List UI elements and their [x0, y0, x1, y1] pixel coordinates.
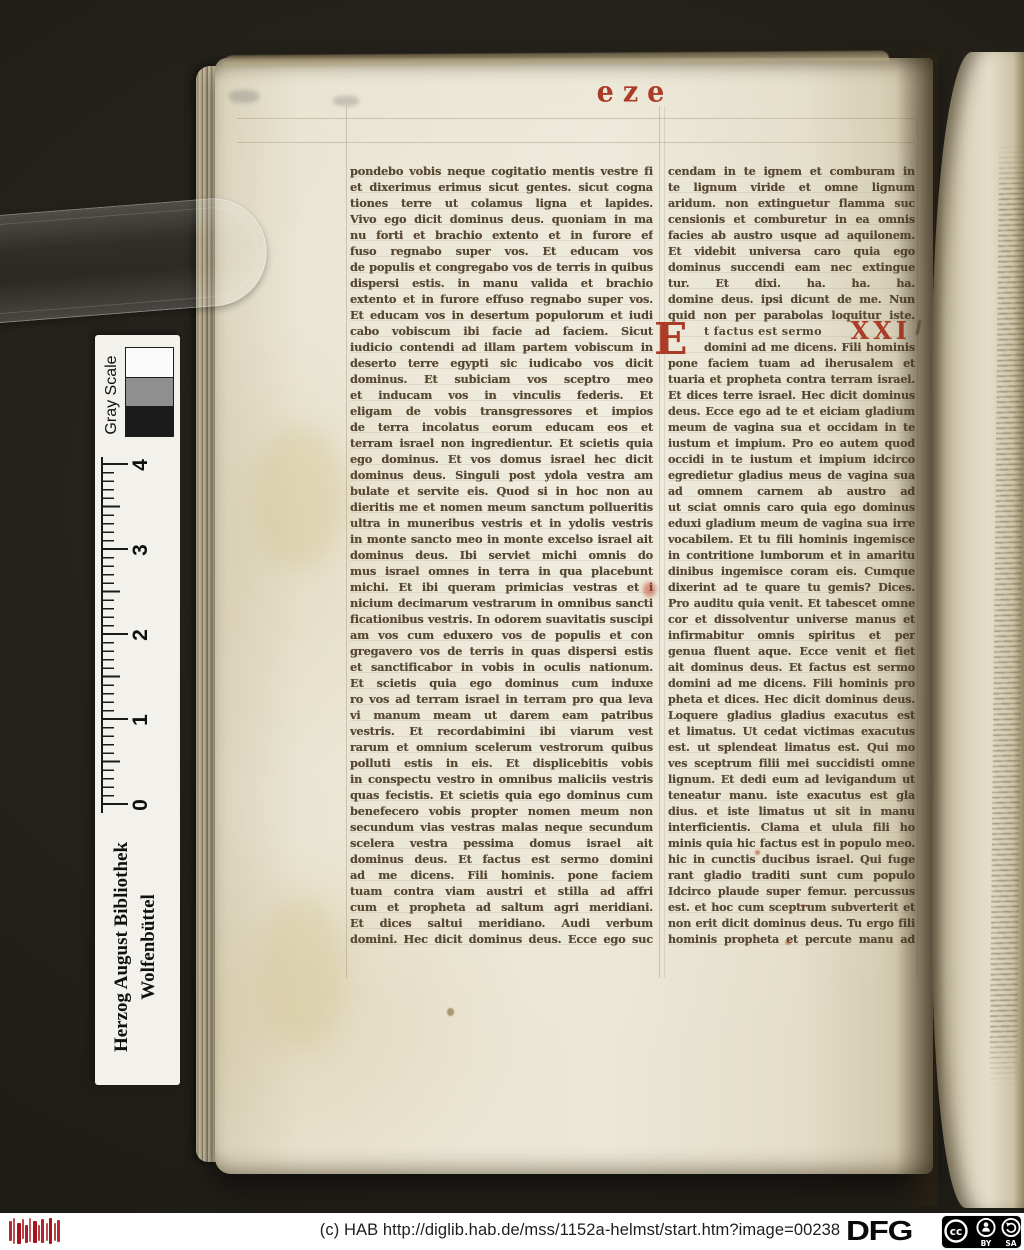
manuscript-line: eduxi gladium meum de vagina sua irre — [668, 515, 915, 531]
manuscript-line: dominus deus. Singuli post ydola vestra … — [350, 467, 653, 483]
manuscript-line: de terra incolatus eorum educam eos et — [350, 419, 653, 435]
manuscript-line: vestris. Et recordabimini ibi viarum ves… — [350, 723, 653, 739]
text-column-right: cendam in te ignem et comburam inte lign… — [668, 163, 915, 947]
svg-text:BY: BY — [981, 1239, 992, 1248]
ink-spot — [801, 904, 805, 908]
manuscript-line: et inducam vos in vinculis federis. Et — [350, 387, 653, 403]
institution-label: Herzog August Bibliothek Wolfenbüttel — [108, 819, 162, 1075]
right-column-upper: cendam in te ignem et comburam inte lign… — [668, 163, 915, 323]
manuscript-line: fuso regnabo super vos. Et educam vos — [350, 243, 653, 259]
gray-patch-black — [126, 407, 173, 436]
manuscript-line: facies ab austro usque ad aquilonem. — [668, 227, 915, 243]
manuscript-line: secundum vias vestras malas neque secund… — [350, 819, 653, 835]
manuscript-line: Idcirco plaude super femur. percussus — [668, 883, 915, 899]
running-title: eze — [575, 77, 695, 109]
manuscript-line: ad omnem carnem ab austro ad aquilonem — [668, 483, 915, 499]
manuscript-line: iustum et impium. Pro eo autem quod — [668, 435, 915, 451]
manuscript-line: Et scietis quia ego dominus cum induxe — [350, 675, 653, 691]
manuscript-line: quas fecistis. Et scietis quia ego domin… — [350, 787, 653, 803]
manuscript-line: domine deus. ipsi dicunt de me. Nun — [668, 291, 915, 307]
ruler-number: 0 — [129, 797, 153, 813]
manuscript-line: ro vos ad terram israel in terram pro qu… — [350, 691, 653, 707]
manuscript-line: ego dominus. Et vos domus israel hec dic… — [350, 451, 653, 467]
manuscript-line: et dixerimus erimus sicut gentes. sicut … — [350, 179, 653, 195]
manuscript-line: michi. Et ibi queram primicias vestras e… — [350, 579, 653, 595]
manuscript-line: tuam contra viam austri et stilla ad aff… — [350, 883, 653, 899]
manuscript-line: hominis propheta et percute manu ad manu… — [668, 931, 915, 947]
manuscript-line: vocabilem. Et tu fili hominis ingemisce — [668, 531, 915, 547]
manuscript-line: tuaria et propheta contra terram israel. — [668, 371, 915, 387]
ruling-line — [659, 106, 660, 978]
manuscript-line: cabo vobiscum ibi facie ad faciem. Sicut — [350, 323, 653, 339]
ruler-number: 1 — [129, 712, 153, 728]
manuscript-line: dispersi estis. in manu valida et brachi… — [350, 275, 653, 291]
manuscript-line: pondebo vobis neque cogitatio mentis ves… — [350, 163, 653, 179]
hab-logo-icon — [8, 1217, 62, 1246]
parchment-stain — [253, 426, 345, 568]
right-column-lower: pone faciem tuam ad iherusalem et stilla… — [668, 355, 915, 947]
manuscript-line: ficationibus vestris. In odorem suavitat… — [350, 611, 653, 627]
institution-line1: Herzog August Bibliothek — [108, 819, 135, 1075]
manuscript-line: meum de vagina sua et occidam in te — [668, 419, 915, 435]
manuscript-line: tur. Et dixi. ha. ha. ha. — [668, 275, 915, 291]
manuscript-line: ultra in muneribus vestris et in ydolis … — [350, 515, 653, 531]
manuscript-line: extento et in furore effuso regnabo supe… — [350, 291, 653, 307]
manuscript-line: cum et propheta ad saltum agri meridiani… — [350, 899, 653, 915]
color-scale-ruler: Herzog August Bibliothek Wolfenbüttel 0 … — [95, 335, 180, 1085]
manuscript-line: ait dominus deus. Et factus est sermo — [668, 659, 915, 675]
manuscript-line: Et dices terre israel. Hec dicit dominus — [668, 387, 915, 403]
manuscript-line: lignum. Et dedi eum ad levigandum ut — [668, 771, 915, 787]
manuscript-line: est. et hoc cum sceptrum subverterit et — [668, 899, 915, 915]
manuscript-line: eligam de vobis transgressores et impios — [350, 403, 653, 419]
ink-spot — [785, 940, 791, 945]
facing-page-text-bleed — [989, 140, 1024, 1088]
manuscript-line: in contritione lumborum et in amaritu — [668, 547, 915, 563]
ruler-number: 2 — [129, 627, 153, 643]
manuscript-line: genua fluent aque. Ecce venit et fiet — [668, 643, 915, 659]
manuscript-page: eze pondebo vobis neque cogitatio mentis… — [215, 58, 933, 1174]
manuscript-line: de populis et congregabo vos de terris i… — [350, 259, 653, 275]
dfg-logo: DFG — [846, 1214, 912, 1248]
manuscript-line: ut sciat omnis caro quia ego dominus — [668, 499, 915, 515]
parchment-stain — [447, 1008, 454, 1016]
manuscript-line: ad me dicens. Fili hominis. pone faciem — [350, 867, 653, 883]
chapter-heading-line: t factus est sermo XXI — [668, 323, 915, 339]
manuscript-line: dius. et iste limatus ut sit in manu — [668, 803, 915, 819]
manuscript-line: dominus. Et subiciam vos sceptro meo — [350, 371, 653, 387]
pencil-mark — [333, 96, 359, 106]
manuscript-line: et limatus. Ut cedat victimas exacutus — [668, 723, 915, 739]
ruling-line — [346, 106, 347, 978]
manuscript-line: cendam in te ignem et comburam in — [668, 163, 915, 179]
ruler-number: 4 — [129, 457, 153, 473]
manuscript-line: dinibus ingemisce coram eis. Cumque — [668, 563, 915, 579]
svg-text:cc: cc — [950, 1226, 962, 1238]
manuscript-line: dominus deus. Ibi serviet michi omnis do — [350, 547, 653, 563]
manuscript-line: mus israel omnes in terra in qua placebu… — [350, 563, 653, 579]
manuscript-line: rarum et omnium scelerum vestrorum quibu… — [350, 739, 653, 755]
manuscript-line: domini. Hec dicit dominus deus. Ecce ego… — [350, 931, 653, 947]
manuscript-line: in conspectu vestro in omnibus maliciis … — [350, 771, 653, 787]
manuscript-line: dieritis me et nomen meum sanctum pollue… — [350, 499, 653, 515]
manuscript-line: Pro auditu quia venit. Et tabescet omne — [668, 595, 915, 611]
manuscript-line: ves sceptrum filii mei succidisti omne — [668, 755, 915, 771]
manuscript-line: est. ut splendeat limatus est. Qui mo — [668, 739, 915, 755]
manuscript-line: domini ad me dicens. Fili hominis pro — [668, 675, 915, 691]
chapter-incipit: t factus est sermo — [704, 323, 822, 339]
manuscript-line: dixerint ad te quare tu gemis? Dices. — [668, 579, 915, 595]
manuscript-line: domini ad me dicens. Fili hominis — [668, 339, 915, 355]
chapter-opening: E t factus est sermo XXI domini ad me di… — [668, 323, 915, 355]
photo-stage: eze pondebo vobis neque cogitatio mentis… — [0, 0, 1024, 1250]
manuscript-line: infirmabitur omnis spiritus et per cunct… — [668, 627, 915, 643]
ruling-line — [664, 106, 665, 978]
manuscript-line: non erit dicit dominus deus. Tu ergo fil… — [668, 915, 915, 931]
manuscript-line: Vivo ego dicit dominus deus. quoniam in … — [350, 211, 653, 227]
manuscript-line: terram israel non ingredientur. Et sciet… — [350, 435, 653, 451]
manuscript-line: te lignum viride et omne lignum — [668, 179, 915, 195]
manuscript-line: am vos cum eduxero vos de populis et con — [350, 627, 653, 643]
manuscript-line: Et videbit universa caro quia ego — [668, 243, 915, 259]
page-top-edge — [223, 51, 889, 69]
gray-patch-white — [126, 348, 173, 377]
manuscript-line: minis quia hic factus est in populo meo. — [668, 835, 915, 851]
manuscript-line: gregavero vos de terris in quas dispersi… — [350, 643, 653, 659]
red-ink-showthrough — [643, 582, 656, 597]
ruler-number: 3 — [129, 542, 153, 558]
facing-page-edge — [932, 52, 1024, 1208]
gray-scale-label: Gray Scale — [103, 345, 121, 445]
manuscript-line: vi manum meam ut darem eam patribus — [350, 707, 653, 723]
ruling-line — [237, 142, 915, 143]
gray-scale-patches — [125, 347, 174, 437]
manuscript-line: hic in cunctis ducibus israel. Qui fuge — [668, 851, 915, 867]
manuscript-line: cor et dissolventur universe manus et — [668, 611, 915, 627]
gray-patch-mid — [126, 377, 173, 408]
manuscript-line: teneatur manu. iste exacutus est gla — [668, 787, 915, 803]
manuscript-line: Et educam vos in desertum populorum et i… — [350, 307, 653, 323]
ink-spot — [755, 850, 760, 855]
manuscript-line: occidi in te iustum et impium idcirco — [668, 451, 915, 467]
manuscript-line: deserto terre egypti sic iudicabo vos di… — [350, 355, 653, 371]
manuscript-line: scelera vestra pessima domus israel ait — [350, 835, 653, 851]
cc-license-badge: cc BY SA — [941, 1215, 1022, 1249]
credit-url: (c) HAB http://diglib.hab.de/mss/1152a-h… — [280, 1221, 880, 1240]
ruler-major-ticks — [101, 461, 128, 805]
manuscript-line: dominus deus. Et factus est sermo domini — [350, 851, 653, 867]
manuscript-line: pheta et dices. Hec dicit dominus deus. — [668, 691, 915, 707]
manuscript-line: polluti estis in eis. Et displicebitis v… — [350, 755, 653, 771]
manuscript-line: nicium decimarum vestrarum in omnibus sa… — [350, 595, 653, 611]
manuscript-line: aridum. non extinguetur flamma suc — [668, 195, 915, 211]
institution-line2: Wolfenbüttel — [135, 819, 162, 1075]
manuscript-line: et sanctificabor in vobis in oculis nati… — [350, 659, 653, 675]
manuscript-line: egredietur gladius meus de vagina sua — [668, 467, 915, 483]
text-column-left: pondebo vobis neque cogitatio mentis ves… — [350, 163, 653, 947]
ruling-line — [237, 118, 915, 119]
manuscript-line: censionis et comburetur in ea omnis — [668, 211, 915, 227]
manuscript-line: in monte sancto meo in monte excelso isr… — [350, 531, 653, 547]
manuscript-line: tiones terre ut colamus ligna et lapides… — [350, 195, 653, 211]
manuscript-line: deus. Ecce ego ad te et eiciam gladium — [668, 403, 915, 419]
manuscript-line: iudicio contendi ad illam partem vobiscu… — [350, 339, 653, 355]
manuscript-line: benefecero vobis propter nomen meum non — [350, 803, 653, 819]
parchment-stain — [261, 896, 345, 1048]
pencil-mark — [229, 90, 259, 103]
manuscript-line: bulate et servite eis. Quod si in hoc no… — [350, 483, 653, 499]
svg-text:SA: SA — [1005, 1239, 1016, 1248]
manuscript-line: rant gladio traditi sunt cum populo meo. — [668, 867, 915, 883]
manuscript-line: dominus succendi eam nec extingue — [668, 259, 915, 275]
manuscript-line: pone faciem tuam ad iherusalem et stilla… — [668, 355, 915, 371]
manuscript-line: Et dices saltui meridiano. Audi verbum — [350, 915, 653, 931]
manuscript-line: Loquere gladius gladius exacutus est — [668, 707, 915, 723]
manuscript-line: interficientis. Clama et ulula fili ho — [668, 819, 915, 835]
manuscript-line: nu forti et brachio extento et in furore… — [350, 227, 653, 243]
